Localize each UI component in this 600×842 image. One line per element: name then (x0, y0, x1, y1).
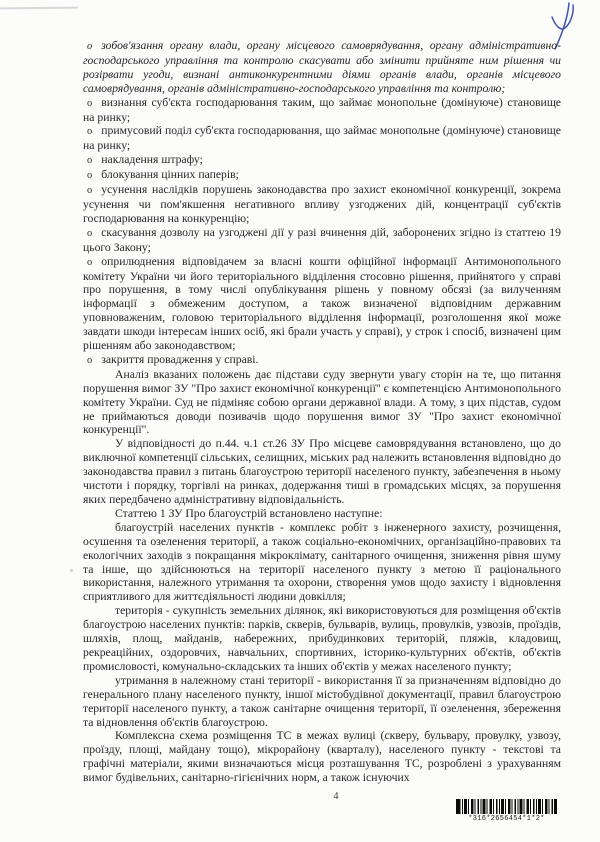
paragraph: Аналіз вказаних положень дає підстави су… (83, 368, 561, 438)
barcode-label: *316*2656454*1*2* (456, 815, 557, 823)
bullet-item: oзобов'язання органу влади, органу місце… (83, 39, 561, 96)
document-page: oзобов'язання органу влади, органу місце… (0, 0, 600, 842)
scan-artifact-line (0, 7, 78, 10)
bullet-item: oусунення наслідків порушень законодавст… (83, 183, 561, 226)
barcode: *316*2656454*1*2* (456, 799, 557, 823)
paragraph: Статтею 1 ЗУ Про благоустрій встановлено… (83, 507, 561, 521)
paragraph: територія - сукупність земельних ділянок… (83, 604, 561, 674)
bullet-marker-icon: o (83, 169, 92, 183)
paragraph: благоустрій населених пунктів - комплекс… (83, 521, 561, 604)
bullet-item: oнакладення штрафу; (83, 153, 561, 168)
paragraph: Комплексна схема розміщення ТС в межах в… (83, 729, 561, 785)
bullet-item: oвизнання суб'єкта господарювання таким,… (83, 96, 561, 125)
bullet-item: oскасування дозволу на узгоджені дії у р… (83, 226, 561, 255)
bullet-item: oпримусовий поділ суб'єкта господарюванн… (83, 124, 561, 153)
bullet-marker-icon: o (83, 125, 92, 139)
page-number: 4 (326, 791, 346, 802)
text-column: oзобов'язання органу влади, органу місце… (83, 39, 561, 785)
paragraph: У відповідності до п.44. ч.1 ст.26 ЗУ Пр… (83, 437, 561, 507)
scan-artifact-speck (70, 569, 73, 572)
bullet-item: oблокування цінних паперів; (83, 168, 561, 183)
bullet-marker-icon: o (83, 154, 92, 168)
bullet-marker-icon: o (83, 354, 92, 368)
barcode-bars-icon (456, 799, 557, 814)
bullet-marker-icon: o (83, 184, 92, 198)
bullet-item: oоприлюднення відповідачем за власні кош… (83, 255, 561, 353)
bullet-marker-icon: o (83, 40, 92, 54)
bullet-marker-icon: o (83, 256, 92, 270)
paragraph: утримання в належному стані території - … (83, 674, 561, 730)
bullet-marker-icon: o (83, 227, 92, 241)
bullet-item: oзакриття провадження у справі. (83, 353, 561, 368)
bullet-marker-icon: o (83, 97, 92, 111)
